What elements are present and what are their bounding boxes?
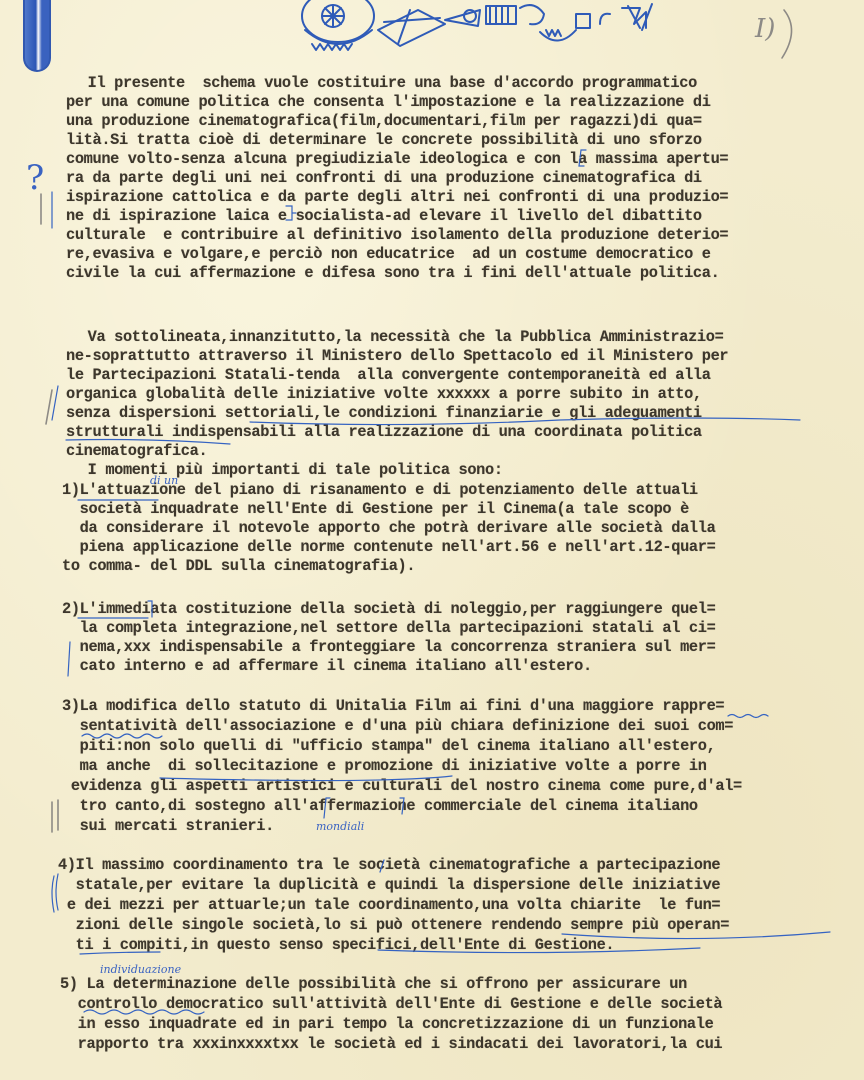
pen-annotations	[0, 0, 864, 1080]
document-page: I) Il presente schema vuole costituire u…	[0, 0, 864, 1080]
